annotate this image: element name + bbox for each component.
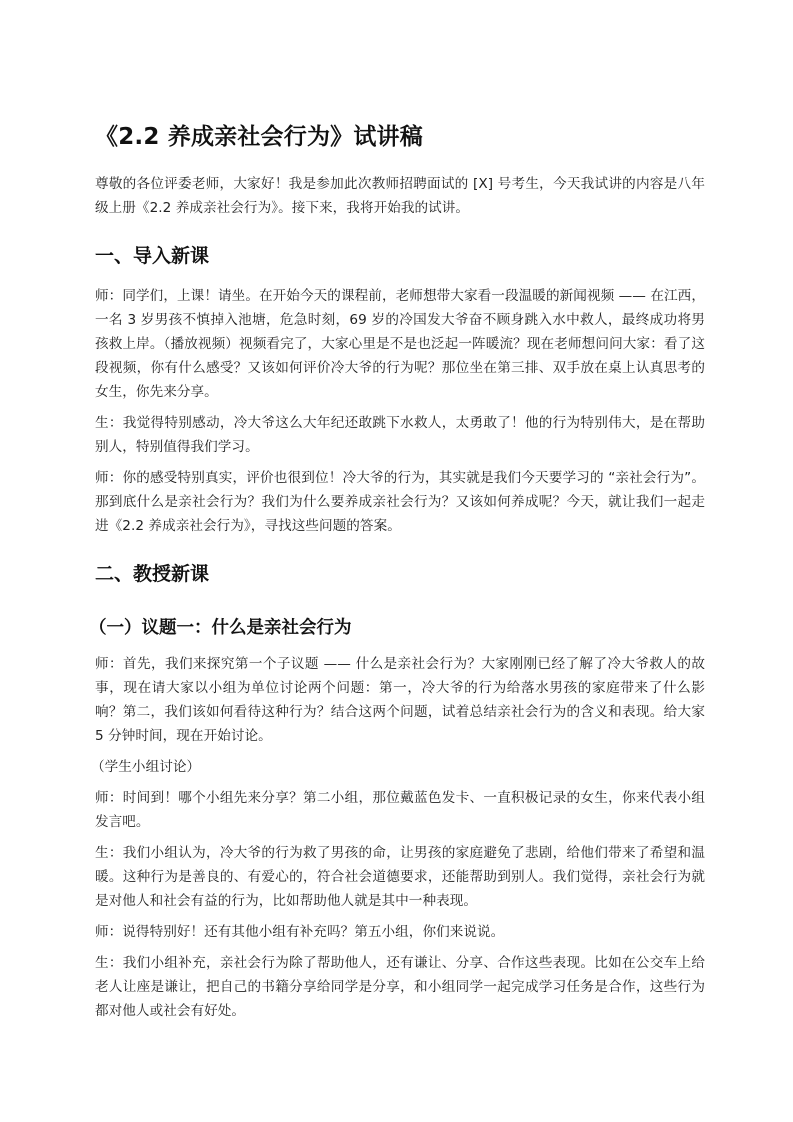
dialogue-paragraph: 师：时间到！哪个小组先来分享？第二小组，那位戴蓝色发卡、一直积极记录的女生，你来…: [95, 786, 705, 834]
dialogue-paragraph: 师：首先，我们来探究第一个子议题 —— 什么是亲社会行为？大家刚刚已经了解了冷大…: [95, 652, 705, 748]
dialogue-paragraph: 师：同学们，上课！请坐。在开始今天的课程前，老师想带大家看一段温暖的新闻视频 —…: [95, 284, 705, 404]
subsection-heading-topic-one: （一）议题一：什么是亲社会行为: [89, 614, 705, 642]
dialogue-paragraph: 生：我们小组补充，亲社会行为除了帮助他人，还有谦让、分享、合作这些表现。比如在公…: [95, 951, 705, 1023]
document-page: 《2.2 养成亲社会行为》试讲稿 尊敬的各位评委老师，大家好！我是参加此次教师招…: [95, 120, 705, 1030]
dialogue-paragraph: 生：我们小组认为，冷大爷的行为救了男孩的命，让男孩的家庭避免了悲剧，给他们带来了…: [95, 841, 705, 913]
dialogue-paragraph: 生：我觉得特别感动，冷大爷这么大年纪还敢跳下水救人，太勇敢了！他的行为特别伟大，…: [95, 411, 705, 459]
section-heading-teaching: 二、教授新课: [95, 560, 705, 588]
stage-direction: （学生小组讨论）: [91, 755, 705, 779]
intro-paragraph: 尊敬的各位评委老师，大家好！我是参加此次教师招聘面试的 [X] 号考生，今天我试…: [95, 172, 705, 220]
document-title: 《2.2 养成亲社会行为》试讲稿: [95, 120, 705, 154]
section-heading-intro: 一、导入新课: [95, 242, 705, 270]
dialogue-paragraph: 师：说得特别好！还有其他小组有补充吗？第五小组，你们来说说。: [95, 920, 705, 944]
dialogue-paragraph: 师：你的感受特别真实，评价也很到位！冷大爷的行为，其实就是我们今天要学习的 “亲…: [95, 466, 705, 538]
